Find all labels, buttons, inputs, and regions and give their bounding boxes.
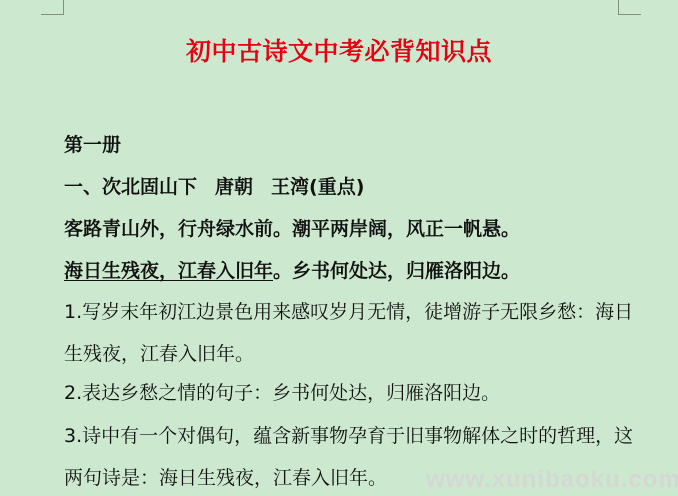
page-corner-mark-left (41, 0, 64, 15)
poem-line-2: 海日生残夜，江春入旧年。乡书何处达，归雁洛阳边。 (64, 256, 520, 283)
poem-title: 一、次北固山下 (64, 176, 197, 198)
page-corner-mark-right (618, 0, 641, 15)
poem-line-2-rest: 。乡书何处达，归雁洛阳边。 (273, 260, 520, 282)
poem-author: 王湾(重点) (271, 176, 364, 198)
poem-dynasty: 唐朝 (215, 176, 253, 198)
item-2-line-a: 2.表达乡愁之情的句子：乡书何处达，归雁洛阳边。 (64, 378, 500, 405)
poem-line-2-underlined: 海日生残夜，江春入旧年 (64, 260, 273, 282)
item-1-line-a: 1.写岁末年初江边景色用来感叹岁月无情，徒增游子无限乡愁：海日 (64, 297, 633, 324)
item-1-line-b: 生残夜，江春入旧年。 (64, 339, 254, 366)
volume-heading: 第一册 (64, 130, 121, 157)
poem-line-1: 客路青山外，行舟绿水前。潮平两岸阔，风正一帆悬。 (64, 214, 520, 241)
watermark: www.xunibaoku.com (426, 466, 678, 494)
item-3-line-a: 3.诗中有一个对偶句，蕴含新事物孕育于旧事物解体之时的哲理，这 (64, 421, 633, 448)
document-title: 初中古诗文中考必背知识点 (0, 32, 678, 68)
poem-heading: 一、次北固山下唐朝王湾(重点) (64, 172, 364, 199)
item-3-line-b: 两句诗是：海日生残夜，江春入旧年。 (64, 463, 387, 490)
